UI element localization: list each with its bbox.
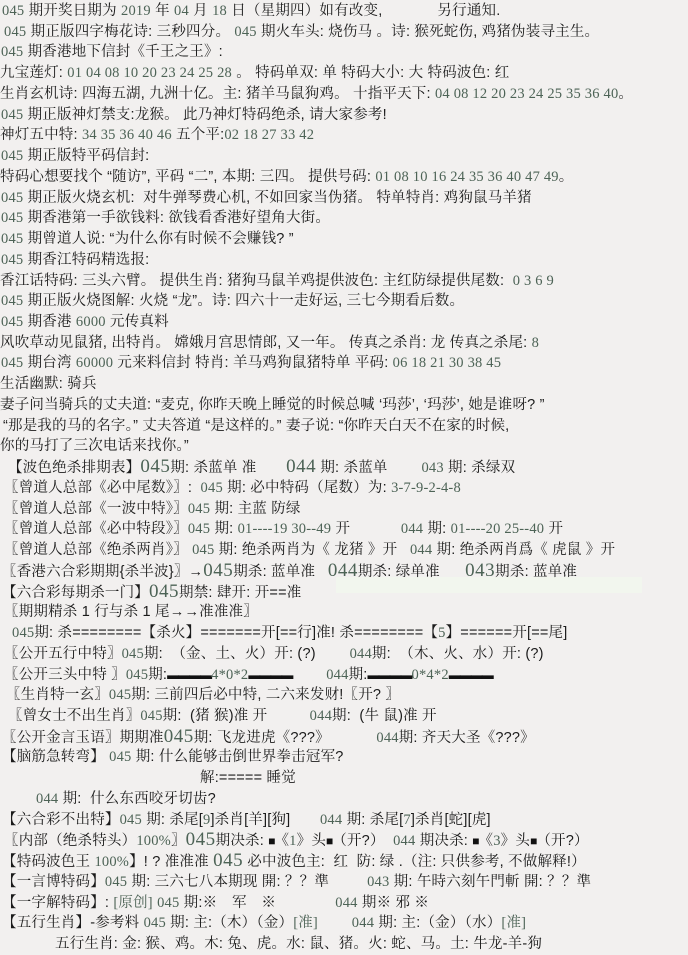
number-segment: 2019 bbox=[121, 3, 151, 19]
text-line: 〖曾道人总部《绝杀两肖》〗 045 期: 绝杀两肖为《 龙猪 》开 044 期:… bbox=[0, 540, 688, 561]
text-segment: 期杀: 蓝单准 bbox=[233, 564, 328, 580]
text-segment bbox=[292, 667, 326, 683]
text-segment: 期: 主:（金）（水） bbox=[374, 915, 501, 931]
text-segment: 期开奖日期为 bbox=[24, 3, 121, 19]
text-line: 【特码波色王 100%】! ? 准准准 045 必中波色主: 红 防: 绿 .（… bbox=[0, 851, 688, 872]
text-segment: 期: bbox=[349, 667, 368, 683]
text-segment: 期正版神灯禁支:龙猴。 此乃神灯特码绝杀, 请大家参考! bbox=[23, 107, 386, 123]
number-segment: 045 bbox=[105, 874, 127, 890]
text-segment: ▬▬▬▬ bbox=[449, 668, 493, 682]
number-segment: 045 bbox=[149, 582, 179, 602]
text-segment: 生肖玄机诗: 四海五湖, 九洲十亿。主: 猪羊马鼠狗鸡。 十指平天下: bbox=[0, 86, 435, 102]
number-segment: 06 18 21 30 38 45 bbox=[393, 355, 502, 371]
text-line: 045 期开奖日期为 2019 年 04 月 18 日（星期四）如有改变, 另行… bbox=[0, 1, 688, 22]
text-segment: 期※ 邪 ※ bbox=[358, 895, 430, 911]
text-segment: 【波色绝杀排期表】 bbox=[8, 460, 140, 476]
text-segment: ]杀肖[羊][狗] bbox=[210, 812, 320, 828]
number-segment: 045 bbox=[157, 895, 179, 911]
number-segment: 045 bbox=[1, 231, 23, 247]
text-segment: 五行生肖: 金: 猴、鸡。木: 兔、虎。水: 鼠、猪。火: 蛇、马。土: 牛龙-… bbox=[55, 936, 542, 952]
text-segment: 必中波色主: 红 防: 绿 .（注: 只供参考, 不做解释!） bbox=[243, 854, 586, 870]
text-line: 045期: 杀========【杀火】=======开[==行]准! 杀====… bbox=[0, 623, 688, 644]
text-segment: 【脑筋急转弯】 bbox=[2, 749, 109, 765]
text-segment: 期: 杀========【杀火】=======开[==行]准! 杀=======… bbox=[34, 625, 438, 641]
number-segment: 0 3 6 9 bbox=[513, 273, 554, 289]
text-segment: 期: 必中特码（尾数）为: bbox=[223, 480, 391, 496]
text-line: 五行生肖: 金: 猴、鸡。木: 兔、虎。水: 鼠、猪。火: 蛇、马。土: 牛龙-… bbox=[0, 934, 688, 955]
text-line: 〖公开五行中特〗045期: （金、土、火）开: (?) 044期: （木、火、水… bbox=[0, 644, 688, 665]
text-line: 〖曾女士不出生肖〗045期: (猪 猴)准 开 044期: (牛 鼠)准 开 bbox=[0, 706, 688, 727]
text-segment: 年 bbox=[151, 3, 174, 19]
text-segment: 【五行生肖】-参考料 bbox=[2, 915, 144, 931]
number-segment: [准] bbox=[501, 915, 526, 931]
text-segment: 〖曾道人总部《一波中特》〗 bbox=[4, 501, 188, 517]
text-line: 〖曾道人总部《必中特段》〗045 期: 01----19 30--49 开 04… bbox=[0, 519, 688, 540]
text-line: 【波色绝杀排期表】045期: 杀蓝单 准 044 期: 杀蓝单 043 期: 杀… bbox=[0, 457, 688, 478]
document-body: 045 期开奖日期为 2019 年 04 月 18 日（星期四）如有改变, 另行… bbox=[0, 1, 688, 955]
text-segment: 期: (牛 鼠)准 开 bbox=[332, 708, 437, 724]
number-segment: 044 bbox=[286, 457, 316, 477]
number-segment: 045 bbox=[164, 727, 194, 747]
text-line: 045 期香港第一手欲钱料: 欲钱看香港好望角大街。 bbox=[0, 208, 688, 229]
text-segment: 期香港第一手欲钱料: 欲钱看香港好望角大街。 bbox=[23, 210, 330, 226]
text-line: 〖生肖特一玄〗045期: 三前四后必中特, 二六来发财!〖开? 〗 bbox=[0, 685, 688, 706]
number-segment: 044 bbox=[36, 791, 58, 807]
text-segment: 神灯五中特: bbox=[0, 127, 82, 143]
text-segment: 〖曾道人总部《必中特段》〗 bbox=[4, 521, 188, 537]
text-segment: 五个平: bbox=[172, 127, 225, 143]
text-segment: 〖公开三头中特 〗 bbox=[4, 667, 126, 683]
number-segment: 045 bbox=[203, 561, 233, 581]
text-segment: 特码心想要找个 “随访”, 平码 “二”, 本期: 三四。 提供号码: bbox=[0, 169, 375, 185]
text-segment: 元传真料 bbox=[106, 314, 169, 330]
text-line: 045 期正版特平码信封: bbox=[0, 146, 688, 167]
number-segment: 045 bbox=[188, 501, 210, 517]
number-segment: 01----20 25--40 bbox=[451, 521, 545, 537]
number-segment: 044 bbox=[410, 542, 432, 558]
text-line: 【一言博特码】045 期: 三六七八本期现 開: ？？準 043 期: 午時六刻… bbox=[0, 872, 688, 893]
text-line: 【六合彩每期杀一门】045期禁: 肆开: 开==准 bbox=[0, 582, 688, 603]
text-segment: 期: 什么能够击倒世界拳击冠军? bbox=[132, 749, 344, 765]
number-segment: 045 bbox=[140, 457, 170, 477]
number-segment: 045 bbox=[192, 542, 214, 558]
number-segment: 100% bbox=[94, 854, 129, 870]
text-line: 045 期香港 6000 元传真料 bbox=[0, 312, 688, 333]
text-segment: 开 bbox=[544, 521, 563, 537]
number-segment: 045 bbox=[1, 210, 23, 226]
text-segment: 期: 杀尾[ bbox=[142, 812, 203, 828]
number-segment: 045 bbox=[126, 667, 148, 683]
number-segment: 045 bbox=[188, 521, 210, 537]
text-segment: 期: 齐天大圣《???》 bbox=[399, 730, 535, 746]
text-segment: 《 bbox=[274, 833, 289, 849]
number-segment: 045 bbox=[109, 749, 131, 765]
text-segment: 期: 绝杀两肖为《 龙猪 》开 bbox=[214, 542, 410, 558]
text-segment: ]杀肖[蛇][虎] bbox=[411, 812, 491, 828]
text-segment: “那是我的马的名字。” 丈夫答道 “是这样的。” 妻子说: “你昨天白天不在家的… bbox=[3, 418, 509, 434]
number-segment: 6000 bbox=[76, 314, 106, 330]
text-segment: 开 bbox=[331, 521, 401, 537]
text-segment: 妻子问当骑兵的丈夫道: “麦克, 你昨天晚上睡觉的时候总喊 ‘玛莎’, ‘玛莎’… bbox=[0, 397, 545, 413]
text-segment: 【六合彩不出特】 bbox=[2, 812, 120, 828]
text-line: 神灯五中特: 34 35 36 40 46 五个平:02 18 27 33 42 bbox=[0, 125, 688, 146]
text-line: 045 期正版四字梅花诗: 三秒四分。 045 期火车头: 烧伤马 。诗: 猴死… bbox=[0, 22, 688, 43]
number-segment: 045 bbox=[144, 915, 166, 931]
number-segment: 043 bbox=[367, 874, 389, 890]
text-line: 〖曾道人总部《必中尾数》〗: 045 期: 必中特码（尾数）为: 3-7-9-2… bbox=[0, 478, 688, 499]
number-segment: 044 bbox=[328, 561, 358, 581]
number-segment: 60000 bbox=[76, 355, 113, 371]
text-line: 〖公开三头中特 〗045期:▬▬▬▬4*0*2▬▬▬▬ 044期:▬▬▬▬0*4… bbox=[0, 665, 688, 686]
number-segment: 044 bbox=[401, 521, 423, 537]
text-segment: 期正版特平码信封: bbox=[23, 148, 149, 164]
text-segment: 九宝莲灯: bbox=[0, 65, 67, 81]
number-segment: 045 bbox=[201, 480, 223, 496]
text-segment: 〖内部（绝杀特头） bbox=[4, 833, 136, 849]
text-segment: 期: (猪 猴)准 开 bbox=[163, 708, 310, 724]
number-segment: 0*4*2 bbox=[412, 667, 449, 683]
number-segment: 4*0*2 bbox=[211, 667, 248, 683]
number-segment: 01 08 10 16 24 35 36 40 47 49 bbox=[375, 169, 558, 185]
lottery-tipsheet-document: 045 期开奖日期为 2019 年 04 月 18 日（星期四）如有改变, 另行… bbox=[0, 0, 688, 955]
text-segment: 期曾道人说: “为什么你有时候不会赚钱? ” bbox=[23, 231, 293, 247]
text-line: 〖内部（绝杀特头）100%〗045期决杀: ■《1》头■（开?） 044 期决杀… bbox=[0, 830, 688, 851]
number-segment: 045 bbox=[1, 314, 23, 330]
number-segment: 043 bbox=[421, 460, 443, 476]
text-segment: 期: 绝杀两肖爲《 虎鼠 》开 bbox=[432, 542, 615, 558]
text-segment: 期香港地下信封《千王之王》: bbox=[23, 44, 223, 60]
text-segment: 〖期期精杀 1 行与杀 1 尾→→准准准〗 bbox=[4, 604, 258, 620]
text-segment: 期: 杀蓝单 准 bbox=[170, 460, 286, 476]
text-line: 香江话特码: 三头六臂。 提供生肖: 猪狗马鼠羊鸡提供波色: 主红防绿提供尾数:… bbox=[0, 271, 688, 292]
text-segment: 期: 主:（木）（金） bbox=[166, 915, 293, 931]
text-line: 045 期正版神灯禁支:龙猴。 此乃神灯特码绝杀, 请大家参考! bbox=[0, 105, 688, 126]
number-segment: 045 bbox=[1, 252, 23, 268]
text-segment: 。 bbox=[618, 86, 633, 102]
number-segment: 1 bbox=[289, 833, 296, 849]
text-segment: 期: 杀绿双 bbox=[444, 460, 516, 476]
text-segment: 期: 三前四后必中特, 二六来发财!〖开? 〗 bbox=[131, 687, 400, 703]
text-segment: 期香港 bbox=[23, 314, 76, 330]
number-segment: 045 bbox=[1, 190, 23, 206]
number-segment: 5 bbox=[438, 625, 445, 641]
text-line: “那是我的马的名字。” 丈夫答道 “是这样的。” 妻子说: “你昨天白天不在家的… bbox=[0, 416, 688, 437]
text-segment: 。 特码单双: 单 特码大小: 大 特码波色: 红 bbox=[232, 65, 509, 81]
number-segment: 045 bbox=[109, 687, 131, 703]
text-segment bbox=[318, 915, 352, 931]
number-segment: 044 bbox=[320, 812, 342, 828]
number-segment: 18 bbox=[212, 3, 227, 19]
text-segment: 〖生肖特一玄〗 bbox=[6, 687, 109, 703]
text-segment: 〖曾女士不出生肖〗 bbox=[8, 708, 140, 724]
number-segment: 01----19 30--49 bbox=[238, 521, 332, 537]
text-segment: 》头 bbox=[501, 833, 530, 849]
text-segment: 期杀: 绿单准 bbox=[358, 564, 465, 580]
text-line: 【一字解特码】: [原创] 045 期:※ 军 ※ 044 期※ 邪 ※ bbox=[0, 893, 688, 914]
text-segment: 【六合彩每期杀一门】 bbox=[2, 585, 149, 601]
text-segment: 期禁: 肆开: 开==准 bbox=[179, 585, 301, 601]
text-line: 〖公开金言玉语〗期期准045期: 飞龙进虎《???》 044期: 齐天大圣《??… bbox=[0, 727, 688, 748]
number-segment: 3-7-9-2-4-8 bbox=[391, 480, 461, 496]
text-segment: 〖公开五行中特〗 bbox=[4, 646, 122, 662]
text-segment: 】! ? 准准准 bbox=[129, 854, 213, 870]
text-segment: 】======开[==尾] bbox=[446, 625, 568, 641]
text-segment: 元来料信封 特肖: 羊马鸡狗鼠猪特单 平码: bbox=[113, 355, 393, 371]
number-segment: 045 bbox=[4, 24, 26, 40]
text-segment: 期香江特码精选报: bbox=[23, 252, 149, 268]
text-segment: 期: （木、火、水）开: (?) bbox=[372, 646, 544, 662]
text-line: 【五行生肖】-参考料 045 期: 主:（木）（金）[准] 044 期: 主:（… bbox=[0, 913, 688, 934]
number-segment: 045 bbox=[1, 107, 23, 123]
text-segment: 【特码波色王 bbox=[2, 854, 94, 870]
text-segment: 解:===== 睡觉 bbox=[200, 770, 296, 786]
text-segment: 》头 bbox=[297, 833, 326, 849]
text-segment: ▬▬▬▬ bbox=[167, 668, 211, 682]
text-segment: ▬▬▬▬ bbox=[248, 668, 292, 682]
text-segment: 【一字解特码】: bbox=[2, 895, 113, 911]
text-segment: ▬▬▬▬ bbox=[368, 668, 412, 682]
text-line: 特码心想要找个 “随访”, 平码 “二”, 本期: 三四。 提供号码: 01 0… bbox=[0, 167, 688, 188]
text-segment: 〖曾道人总部《必中尾数》〗: bbox=[4, 480, 201, 496]
text-segment: 期: 杀尾[ bbox=[342, 812, 403, 828]
text-line: 045 期台湾 60000 元来料信封 特肖: 羊马鸡狗鼠猪特单 平码: 06 … bbox=[0, 353, 688, 374]
text-segment: 期火车头: 烧伤马 。诗: 猴死蛇伤, 鸡猪伪装寻主生。 bbox=[257, 24, 600, 40]
text-line: 九宝莲灯: 01 04 08 10 20 23 24 25 28 。 特码单双:… bbox=[0, 63, 688, 84]
number-segment: 045 bbox=[2, 3, 24, 19]
text-segment: 风吹草动见鼠猪, 出特肖。 嫦娥月宫思情郎, 又一年。 传真之杀肖: 龙 传真之… bbox=[0, 335, 532, 351]
text-line: 解:===== 睡觉 bbox=[0, 768, 688, 789]
text-line: 【六合彩不出特】045 期: 杀尾[9]杀肖[羊][狗] 044 期: 杀尾[7… bbox=[0, 810, 688, 831]
text-segment: 〗 bbox=[171, 833, 186, 849]
text-segment: 期: （金、土、火）开: (?) bbox=[144, 646, 350, 662]
text-segment: 【一言博特码】 bbox=[2, 874, 105, 890]
text-segment: 《 bbox=[479, 833, 494, 849]
number-segment: 045 bbox=[140, 708, 162, 724]
text-line: 你的马打了三次电话来找你。” bbox=[0, 436, 688, 457]
number-segment: 7 bbox=[403, 812, 410, 828]
text-segment: 香江话特码: 三头六臂。 提供生肖: 猪狗马鼠羊鸡提供波色: 主红防绿提供尾数: bbox=[0, 273, 513, 289]
text-segment: 期: bbox=[210, 521, 237, 537]
text-line: 045 期香港地下信封《千王之王》: bbox=[0, 42, 688, 63]
number-segment: 044 bbox=[310, 708, 332, 724]
number-segment: 04 bbox=[174, 3, 189, 19]
text-segment: 期:※ 军 ※ bbox=[179, 895, 335, 911]
text-segment: （开?） bbox=[536, 833, 588, 849]
text-line: 生肖玄机诗: 四海五湖, 九洲十亿。主: 猪羊马鼠狗鸡。 十指平天下: 04 0… bbox=[0, 84, 688, 105]
number-segment: 045 bbox=[1, 148, 23, 164]
text-segment: 期: 杀蓝单 bbox=[316, 460, 421, 476]
text-segment: 期正版火烧图解: 火烧 “龙”。诗: 四六十一走好运, 三七今期看后数。 bbox=[23, 293, 464, 309]
number-segment: 045 bbox=[186, 830, 216, 850]
number-segment: 044 bbox=[350, 646, 372, 662]
number-segment: 8 bbox=[532, 335, 539, 351]
text-line: 045 期正版火烧玄机: 对牛弹琴费心机, 不如回家当伪猪。 特单特肖: 鸡狗鼠… bbox=[0, 188, 688, 209]
number-segment: 045 bbox=[1, 355, 23, 371]
number-segment: 045 bbox=[1, 44, 23, 60]
text-line: 044 期: 什么东西咬牙切齿? bbox=[0, 789, 688, 810]
text-line: 生活幽默: 骑兵 bbox=[0, 374, 688, 395]
text-segment: 。 bbox=[559, 169, 574, 185]
number-segment: 045 bbox=[1, 293, 23, 309]
number-segment: 044 bbox=[326, 667, 348, 683]
number-segment: 045 bbox=[120, 812, 142, 828]
text-segment: 期决杀: bbox=[415, 833, 472, 849]
text-segment: 月 bbox=[189, 3, 212, 19]
text-segment: （开?） bbox=[332, 833, 393, 849]
text-segment: 〖香港六合彩期期{杀半波}〗→ bbox=[2, 564, 203, 580]
text-line: 〖香港六合彩期期{杀半波}〗→045期杀: 蓝单准 044期杀: 绿单准 043… bbox=[0, 561, 688, 582]
text-segment: 你的马打了三次电话来找你。” bbox=[0, 438, 189, 454]
text-line: 045 期正版火烧图解: 火烧 “龙”。诗: 四六十一走好运, 三七今期看后数。 bbox=[0, 291, 688, 312]
text-segment: 期决杀: bbox=[216, 833, 269, 849]
number-segment: 02 18 27 33 42 bbox=[224, 127, 314, 143]
number-segment: 04 08 12 20 23 24 25 35 36 40 bbox=[435, 86, 618, 102]
text-segment: 期: 飞龙进虎《???》 bbox=[194, 730, 377, 746]
number-segment: 045 bbox=[234, 24, 256, 40]
number-segment: 045 bbox=[12, 625, 34, 641]
text-segment: 期正版火烧玄机: 对牛弹琴费心机, 不如回家当伪猪。 特单特肖: 鸡狗鼠马羊猪 bbox=[23, 190, 531, 206]
number-segment: 34 35 36 40 46 bbox=[82, 127, 172, 143]
text-segment: 期台湾 bbox=[23, 355, 76, 371]
number-segment: 100% bbox=[136, 833, 171, 849]
text-segment: 日（星期四）如有改变, 另行通知. bbox=[227, 3, 500, 19]
text-segment: 生活幽默: 骑兵 bbox=[0, 376, 97, 392]
number-segment: 044 bbox=[352, 915, 374, 931]
text-segment: 期: 什么东西咬牙切齿? bbox=[58, 791, 215, 807]
number-segment: 045 bbox=[213, 851, 243, 871]
number-segment: 044 bbox=[393, 833, 415, 849]
number-segment: 043 bbox=[465, 561, 495, 581]
text-segment: 〖公开金言玉语〗期期准 bbox=[2, 730, 164, 746]
text-segment: 期: 三六七八本期现 開: ？？準 bbox=[127, 874, 367, 890]
text-segment: 〖曾道人总部《绝杀两肖》〗 bbox=[4, 542, 192, 558]
number-segment: 044 bbox=[376, 730, 398, 746]
text-segment: 期: 午時六刻午門斬 開: ？？準 bbox=[389, 874, 591, 890]
text-line: 【脑筋急转弯】 045 期: 什么能够击倒世界拳击冠军? bbox=[0, 747, 688, 768]
text-segment: 期杀: 蓝单准 bbox=[495, 564, 577, 580]
text-line: 〖曾道人总部《一波中特》〗045 期: 主蓝 防绿 bbox=[0, 499, 688, 520]
number-segment: 044 bbox=[335, 895, 357, 911]
number-segment: [准] bbox=[293, 915, 318, 931]
text-segment: 期: 主蓝 防绿 bbox=[210, 501, 300, 517]
number-segment: [原创] bbox=[113, 895, 152, 911]
number-segment: 3 bbox=[493, 833, 500, 849]
number-segment: 045 bbox=[122, 646, 144, 662]
text-line: 妻子问当骑兵的丈夫道: “麦克, 你昨天晚上睡觉的时候总喊 ‘玛莎’, ‘玛莎’… bbox=[0, 395, 688, 416]
number-segment: 01 04 08 10 20 23 24 25 28 bbox=[67, 65, 232, 81]
text-segment: 期: bbox=[423, 521, 450, 537]
text-segment: 期正版四字梅花诗: 三秒四分。 bbox=[26, 24, 234, 40]
text-segment: 期: bbox=[148, 667, 167, 683]
text-line: 〖期期精杀 1 行与杀 1 尾→→准准准〗 bbox=[0, 602, 688, 623]
text-line: 风吹草动见鼠猪, 出特肖。 嫦娥月宫思情郎, 又一年。 传真之杀肖: 龙 传真之… bbox=[0, 333, 688, 354]
text-line: 045 期曾道人说: “为什么你有时候不会赚钱? ” bbox=[0, 229, 688, 250]
text-line: 045 期香江特码精选报: bbox=[0, 250, 688, 271]
